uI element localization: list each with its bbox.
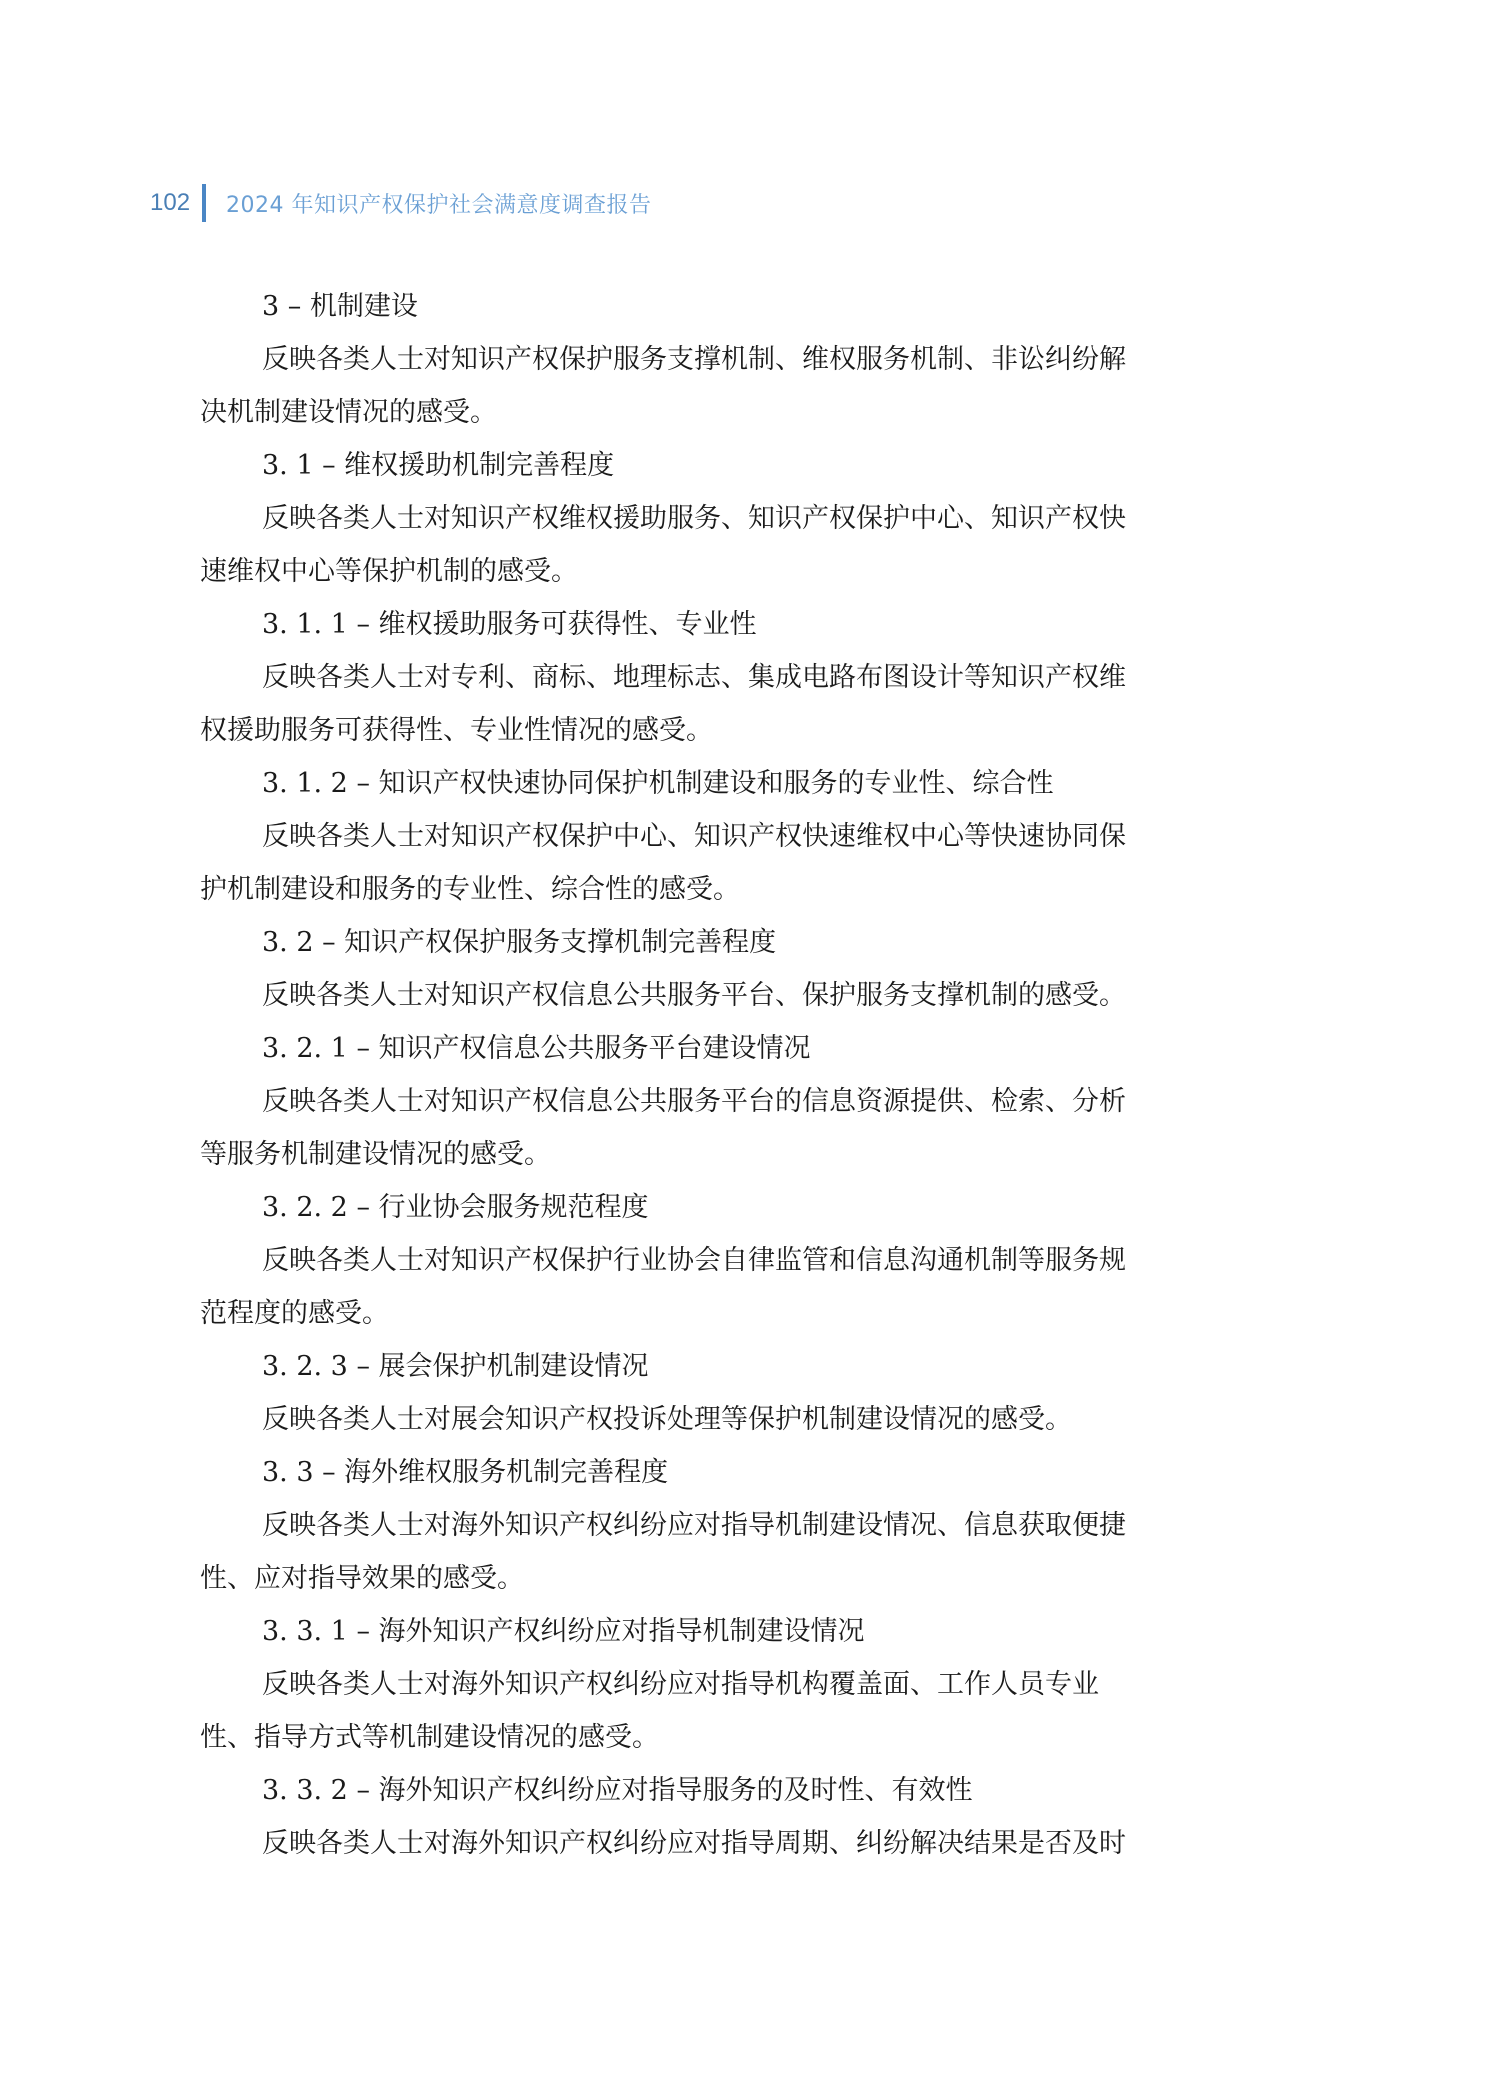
text-line: 反映各类人士对知识产权信息公共服务平台、保护服务支撑机制的感受。 bbox=[200, 969, 1240, 1022]
text-line: 反映各类人士对知识产权保护服务支撑机制、维权服务机制、非讼纠纷解 bbox=[200, 333, 1240, 386]
text-line: 范程度的感受。 bbox=[200, 1287, 1240, 1340]
text-line: 权援助服务可获得性、专业性情况的感受。 bbox=[200, 704, 1240, 757]
text-line: 反映各类人士对知识产权保护中心、知识产权快速维权中心等快速协同保 bbox=[200, 810, 1240, 863]
text-line: 3. 2. 1 – 知识产权信息公共服务平台建设情况 bbox=[200, 1022, 1240, 1075]
text-line: 3 – 机制建设 bbox=[200, 280, 1240, 333]
text-line: 性、应对指导效果的感受。 bbox=[200, 1552, 1240, 1605]
text-line: 等服务机制建设情况的感受。 bbox=[200, 1128, 1240, 1181]
text-line: 反映各类人士对专利、商标、地理标志、集成电路布图设计等知识产权维 bbox=[200, 651, 1240, 704]
text-line: 性、指导方式等机制建设情况的感受。 bbox=[200, 1711, 1240, 1764]
header-divider bbox=[202, 184, 206, 222]
text-line: 反映各类人士对知识产权保护行业协会自律监管和信息沟通机制等服务规 bbox=[200, 1234, 1240, 1287]
text-line: 3. 2. 3 – 展会保护机制建设情况 bbox=[200, 1340, 1240, 1393]
text-line: 反映各类人士对知识产权信息公共服务平台的信息资源提供、检索、分析 bbox=[200, 1075, 1240, 1128]
page-number: 102 bbox=[150, 189, 190, 217]
page-header: 102 2024 年知识产权保护社会满意度调查报告 bbox=[150, 183, 652, 223]
text-line: 3. 1 – 维权援助机制完善程度 bbox=[200, 439, 1240, 492]
report-title: 2024 年知识产权保护社会满意度调查报告 bbox=[226, 188, 651, 219]
text-line: 3. 1. 1 – 维权援助服务可获得性、专业性 bbox=[200, 598, 1240, 651]
text-line: 反映各类人士对海外知识产权纠纷应对指导周期、纠纷解决结果是否及时 bbox=[200, 1817, 1240, 1870]
text-line: 反映各类人士对展会知识产权投诉处理等保护机制建设情况的感受。 bbox=[200, 1393, 1240, 1446]
text-line: 决机制建设情况的感受。 bbox=[200, 386, 1240, 439]
text-line: 3. 2 – 知识产权保护服务支撑机制完善程度 bbox=[200, 916, 1240, 969]
text-line: 速维权中心等保护机制的感受。 bbox=[200, 545, 1240, 598]
text-line: 护机制建设和服务的专业性、综合性的感受。 bbox=[200, 863, 1240, 916]
text-line: 3. 3. 1 – 海外知识产权纠纷应对指导机制建设情况 bbox=[200, 1605, 1240, 1658]
text-line: 3. 3. 2 – 海外知识产权纠纷应对指导服务的及时性、有效性 bbox=[200, 1764, 1240, 1817]
body-text: 3 – 机制建设反映各类人士对知识产权保护服务支撑机制、维权服务机制、非讼纠纷解… bbox=[200, 280, 1240, 1870]
text-line: 3. 1. 2 – 知识产权快速协同保护机制建设和服务的专业性、综合性 bbox=[200, 757, 1240, 810]
text-line: 反映各类人士对知识产权维权援助服务、知识产权保护中心、知识产权快 bbox=[200, 492, 1240, 545]
text-line: 反映各类人士对海外知识产权纠纷应对指导机构覆盖面、工作人员专业 bbox=[200, 1658, 1240, 1711]
text-line: 反映各类人士对海外知识产权纠纷应对指导机制建设情况、信息获取便捷 bbox=[200, 1499, 1240, 1552]
text-line: 3. 2. 2 – 行业协会服务规范程度 bbox=[200, 1181, 1240, 1234]
text-line: 3. 3 – 海外维权服务机制完善程度 bbox=[200, 1446, 1240, 1499]
